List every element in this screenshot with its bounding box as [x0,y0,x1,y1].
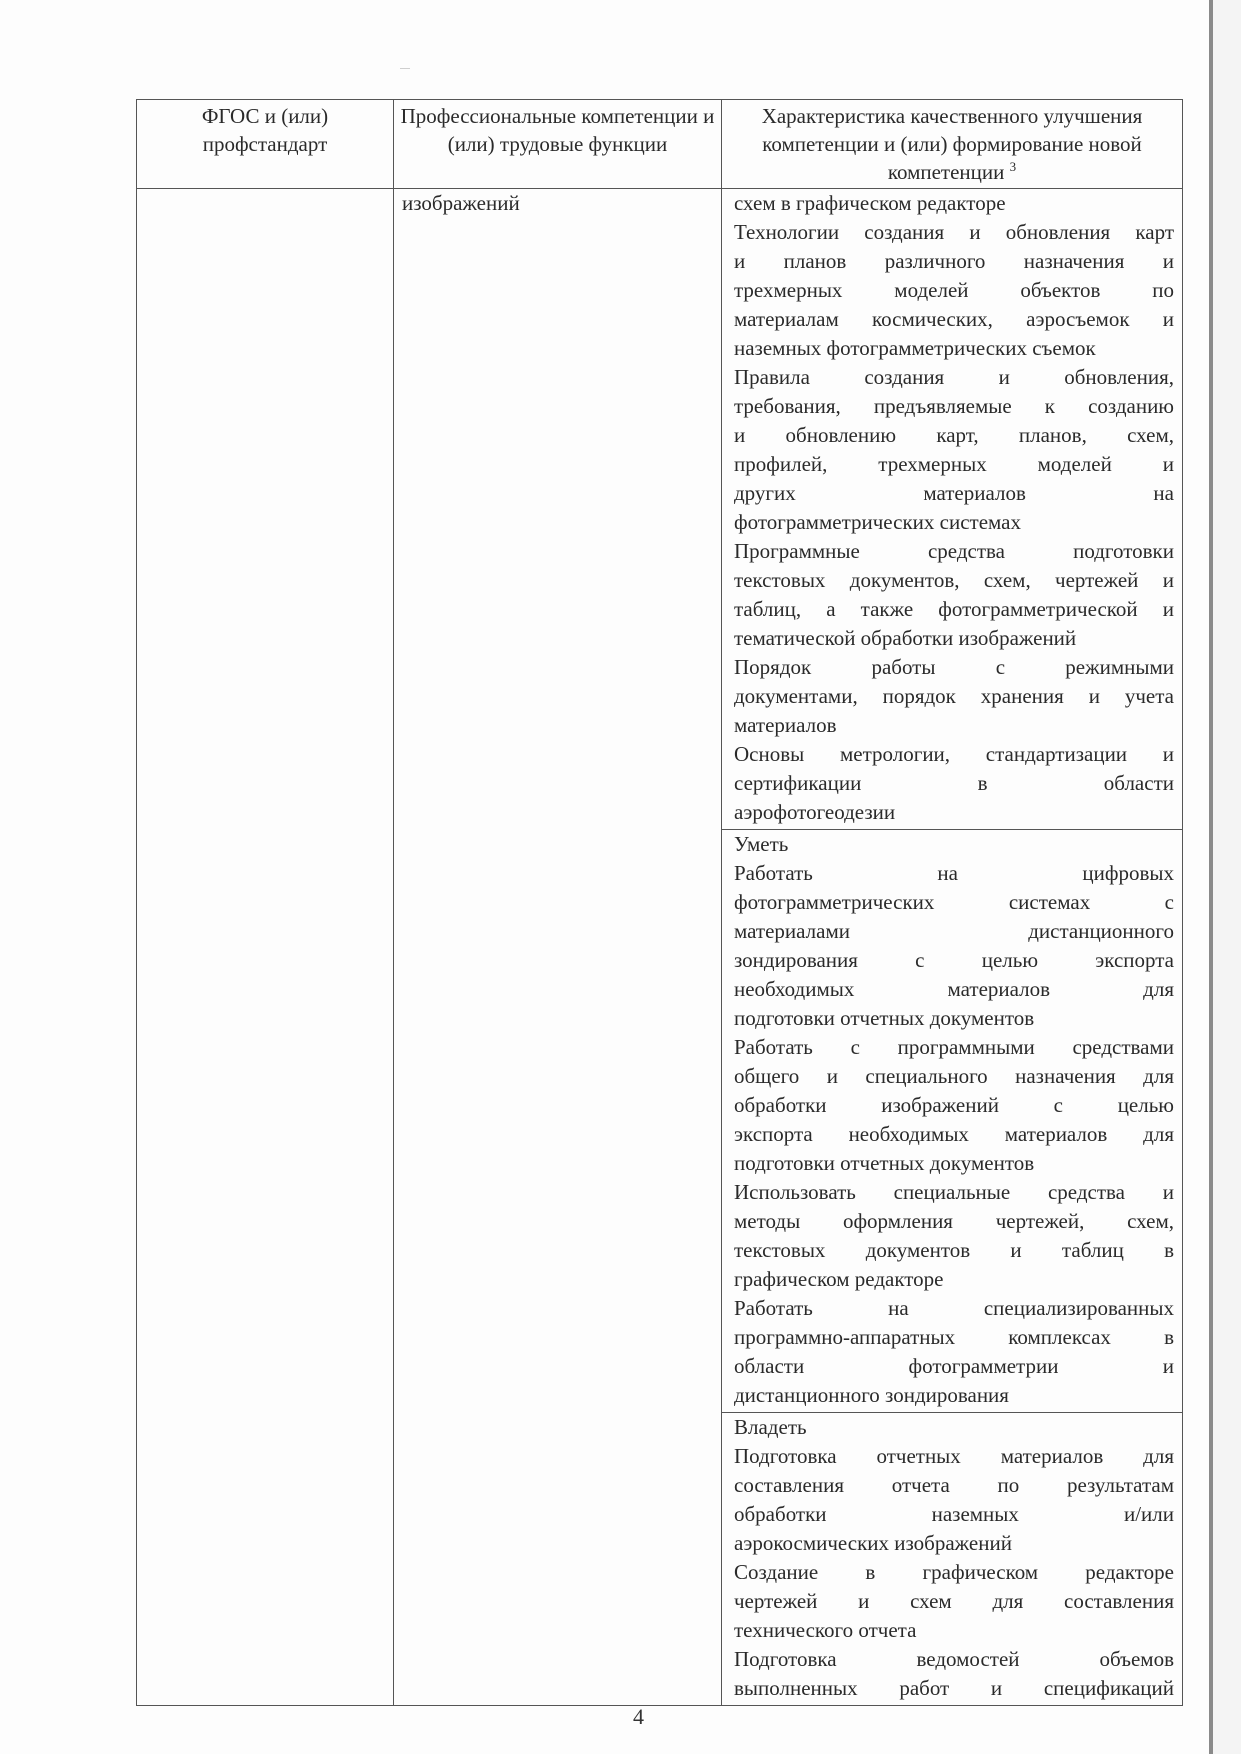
scan-artifact [400,68,410,69]
text-line: материалами дистанционного [734,917,1174,946]
text-line: Работать с программными средствами [734,1033,1174,1062]
header-competencies-text: Профессиональные компетенции и (или) тру… [401,104,715,156]
text-line: наземных фотограмметрических съемок [734,334,1174,363]
header-standard: ФГОС и (или) профстандарт [137,100,394,189]
text-line: методы оформления чертежей, схем, [734,1207,1174,1236]
section-heading: Владеть [734,1413,1174,1442]
characteristic-sections: схем в графическом редактореТехнологии с… [722,189,1182,1705]
text-line: фотограмметрических системах [734,508,1174,537]
text-line: технического отчета [734,1616,1174,1645]
scan-edge-line [1209,0,1213,1754]
text-line: аэрокосмических изображений [734,1529,1174,1558]
text-line: Создание в графическом редакторе [734,1558,1174,1587]
section-knowledge: схем в графическом редактореТехнологии с… [722,189,1182,830]
text-line: профилей, трехмерных моделей и [734,450,1174,479]
text-line: подготовки отчетных документов [734,1004,1174,1033]
header-standard-text: ФГОС и (или) профстандарт [202,104,328,156]
header-characteristic: Характеристика качественного улучшения к… [722,100,1183,189]
text-line: Подготовка ведомостей объемов [734,1645,1174,1674]
cell-standard [137,189,394,1706]
text-line: и планов различного назначения и [734,247,1174,276]
text-line: графическом редакторе [734,1265,1174,1294]
text-line: трехмерных моделей объектов по [734,276,1174,305]
text-line: Работать на специализированных [734,1294,1174,1323]
cell-characteristic: схем в графическом редактореТехнологии с… [722,189,1183,1706]
text-line: области фотограмметрии и [734,1352,1174,1381]
text-line: текстовых документов, схем, чертежей и [734,566,1174,595]
text-line: подготовки отчетных документов [734,1149,1174,1178]
cell-competency: изображений [394,189,722,1706]
text-line: обработки наземных и/или [734,1500,1174,1529]
text-line: выполненных работ и спецификаций [734,1674,1174,1703]
text-line: Правила создания и обновления, [734,363,1174,392]
text-line: Основы метрологии, стандартизации и [734,740,1174,769]
header-characteristic-text: Характеристика качественного улучшения к… [762,104,1143,184]
text-line: таблиц, а также фотограмметрической и [734,595,1174,624]
text-line: документами, порядок хранения и учета [734,682,1174,711]
text-line: обработки изображений с целью [734,1091,1174,1120]
section-skills: УметьРаботать на цифровыхфотограмметриче… [722,830,1182,1413]
text-line: экспорта необходимых материалов для [734,1120,1174,1149]
text-line: Использовать специальные средства и [734,1178,1174,1207]
text-line: тематической обработки изображений [734,624,1174,653]
text-line: Программные средства подготовки [734,537,1174,566]
competency-table: ФГОС и (или) профстандарт Профессиональн… [136,99,1183,1706]
table-row: изображений схем в графическом редакторе… [137,189,1183,1706]
text-line: текстовых документов и таблиц в [734,1236,1174,1265]
text-line: требования, предъявляемые к созданию [734,392,1174,421]
text-line: необходимых материалов для [734,975,1174,1004]
text-line: других материалов на [734,479,1174,508]
text-line: материалов [734,711,1174,740]
text-line: и обновлению карт, планов, схем, [734,421,1174,450]
text-line: фотограмметрических системах с [734,888,1174,917]
text-line: схем в графическом редакторе [734,189,1174,218]
page-number: 4 [633,1704,644,1730]
section-proficiency: ВладетьПодготовка отчетных материалов дл… [722,1413,1182,1705]
text-line: аэрофотогеодезии [734,798,1174,827]
text-line: Подготовка отчетных материалов для [734,1442,1174,1471]
scan-margin [1213,0,1241,1754]
text-line: составления отчета по результатам [734,1471,1174,1500]
text-line: сертификации в области [734,769,1174,798]
text-line: Работать на цифровых [734,859,1174,888]
footnote-marker: 3 [1010,159,1017,174]
text-line: зондирования с целью экспорта [734,946,1174,975]
text-line: чертежей и схем для составления [734,1587,1174,1616]
text-line: Технологии создания и обновления карт [734,218,1174,247]
header-competencies: Профессиональные компетенции и (или) тру… [394,100,722,189]
text-line: материалам космических, аэросъемок и [734,305,1174,334]
text-line: общего и специального назначения для [734,1062,1174,1091]
text-line: дистанционного зондирования [734,1381,1174,1410]
text-line: программно-аппаратных комплексах в [734,1323,1174,1352]
table-header-row: ФГОС и (или) профстандарт Профессиональн… [137,100,1183,189]
section-heading: Уметь [734,830,1174,859]
text-line: Порядок работы с режимными [734,653,1174,682]
